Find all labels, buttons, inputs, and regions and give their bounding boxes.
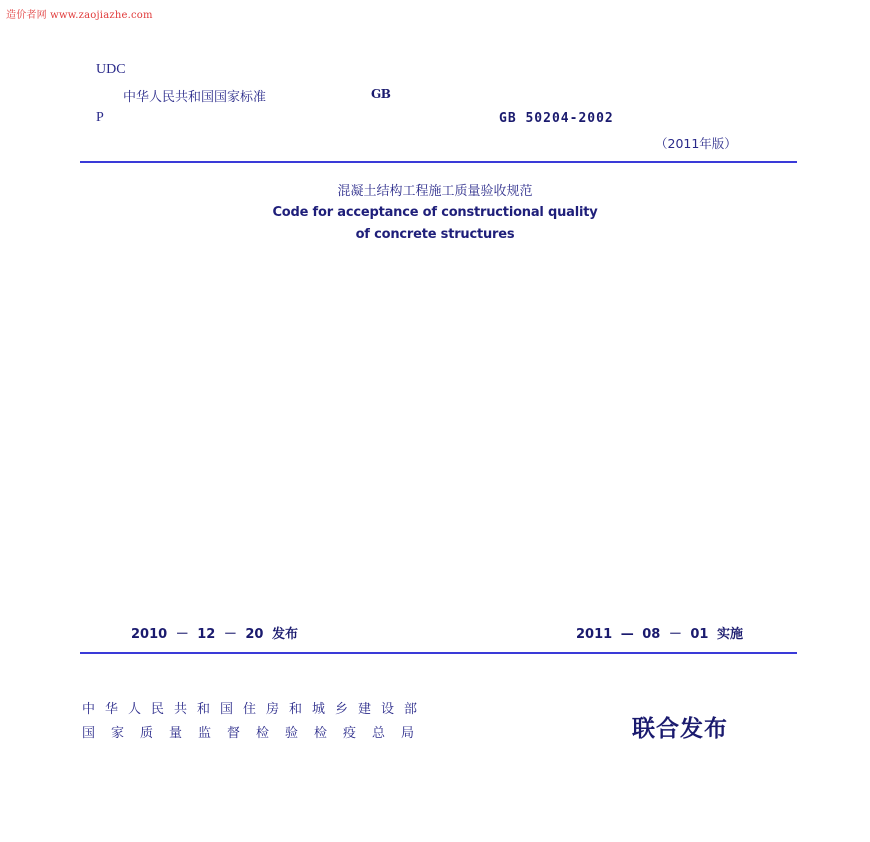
- top-divider: [80, 161, 797, 163]
- issuer-aqsiq: 国家质量监督检验检疫总局: [82, 722, 430, 741]
- title-english-line1: Code for acceptance of constructional qu…: [0, 205, 870, 220]
- bottom-divider: [80, 652, 797, 654]
- joint-release: 联合发布: [632, 710, 728, 743]
- implementation-date: 2011 — 08 － 01 实施: [576, 623, 743, 642]
- gb-mark: GB: [371, 87, 390, 101]
- issue-date: 2010 － 12 － 20 发布: [131, 623, 298, 642]
- watermark: 造价者网 www.zaojiazhe.com: [6, 6, 153, 21]
- title-english-line2: of concrete structures: [0, 227, 870, 242]
- standard-code: GB 50204-2002: [499, 111, 614, 126]
- p-label: P: [96, 110, 104, 126]
- title-chinese: 混凝土结构工程施工质量验收规范: [0, 180, 870, 199]
- udc-label: UDC: [96, 62, 126, 78]
- edition: （2011年版）: [655, 134, 737, 152]
- issuer-ministry: 中华人民共和国住房和城乡建设部: [82, 698, 427, 717]
- standard-type: 中华人民共和国国家标准: [123, 86, 266, 105]
